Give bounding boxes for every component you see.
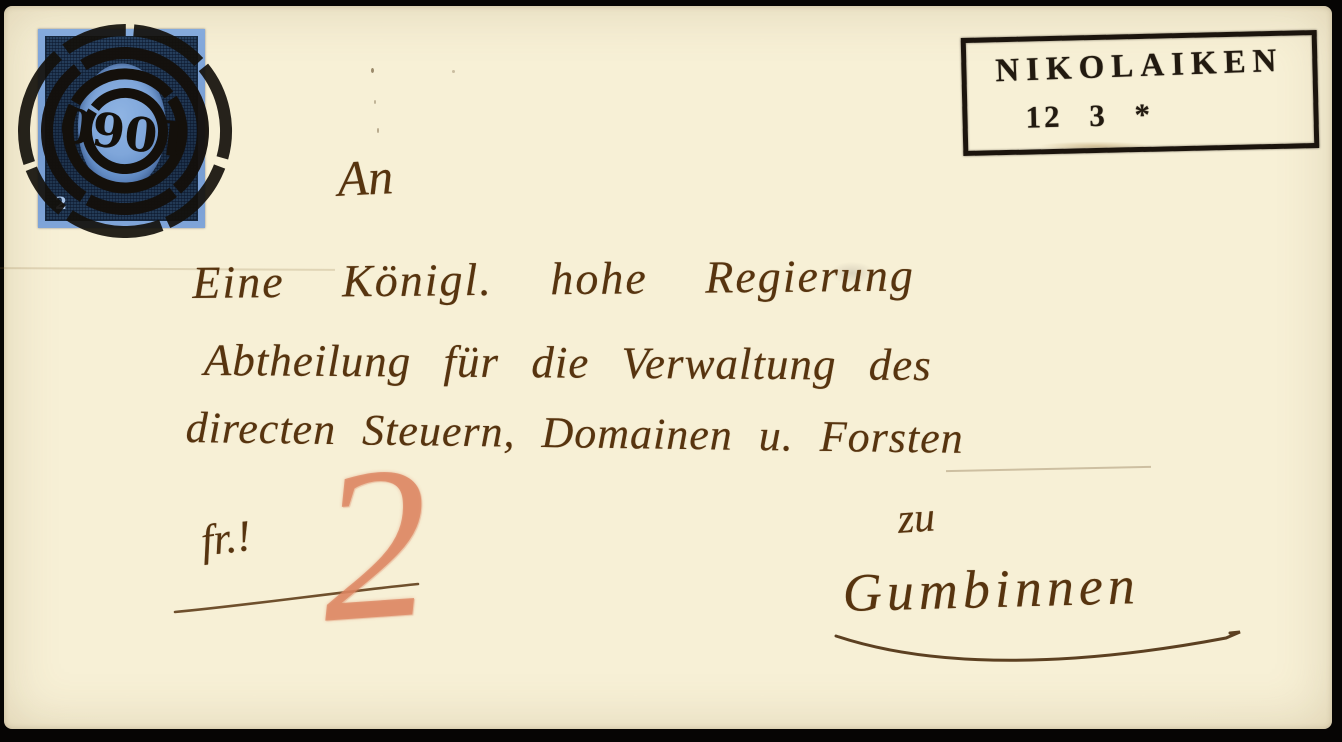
tax-marking-crayon: 2 bbox=[313, 432, 437, 657]
address-destination: Gumbinnen bbox=[842, 554, 1140, 624]
address-line-2: Abtheilung für die Verwaltung des bbox=[204, 334, 932, 391]
address-zu: zu bbox=[896, 493, 937, 543]
address-line-3: directen Steuern, Domainen u. Forsten bbox=[185, 402, 964, 464]
address-line-1: Eine Königl. hohe Regierung bbox=[192, 248, 915, 309]
ring-cancel: 1060 bbox=[0, 3, 250, 253]
fold-line-right bbox=[946, 466, 1151, 472]
cover-content: 2 1060 NIKOLAIKEN 12 3 * An Eine Königl.… bbox=[0, 0, 1342, 742]
postmark-town: NIKOLAIKEN bbox=[966, 42, 1313, 92]
ink-speck bbox=[452, 70, 455, 73]
ink-speck bbox=[374, 100, 376, 104]
address-salutation: An bbox=[336, 147, 395, 208]
postmark-box: NIKOLAIKEN 12 3 * bbox=[961, 30, 1320, 156]
ink-speck bbox=[377, 128, 379, 133]
franco-marking: fr.! bbox=[198, 510, 254, 567]
postmark-date: 12 3 * bbox=[1025, 97, 1153, 136]
destination-underline bbox=[828, 628, 1258, 680]
ink-speck bbox=[371, 68, 374, 73]
